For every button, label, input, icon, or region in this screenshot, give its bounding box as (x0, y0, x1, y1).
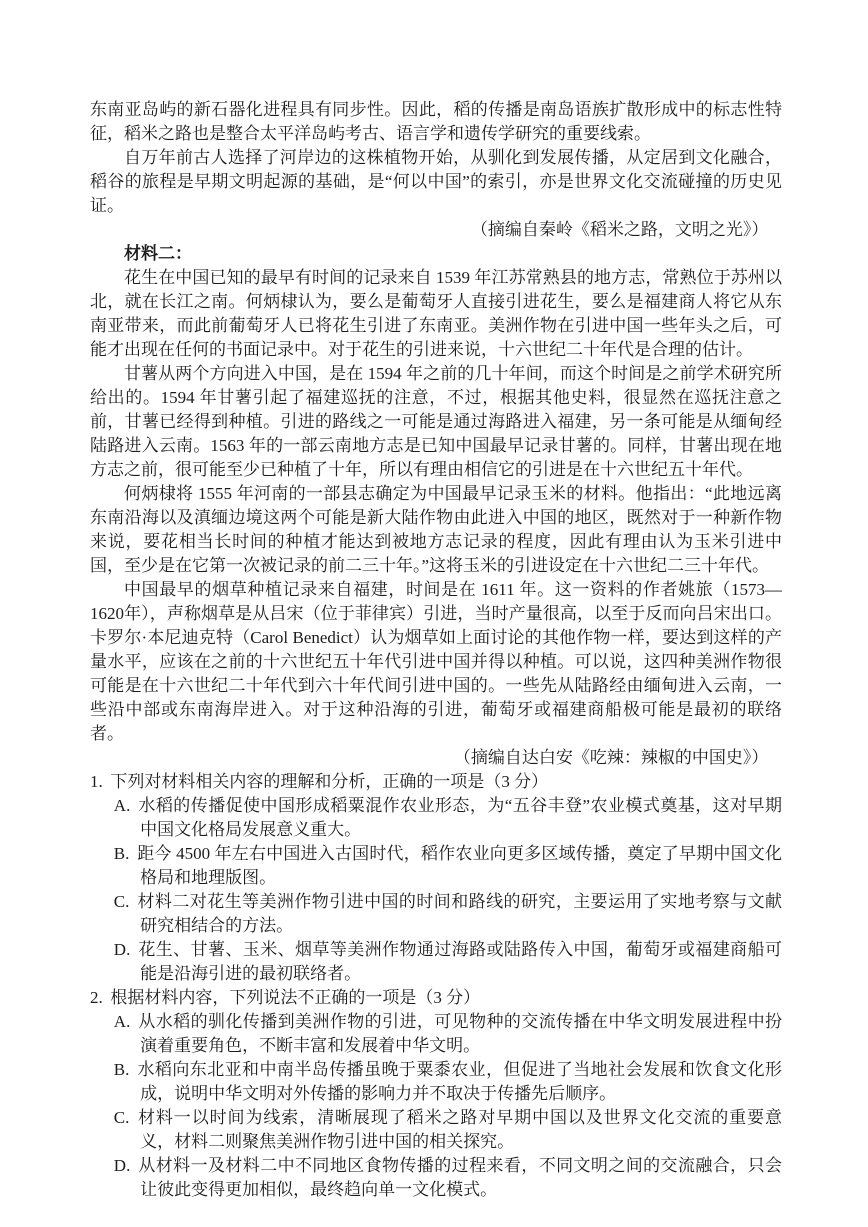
material-two-paragraph: 中国最早的烟草种植记录来自福建，时间是在 1611 年。这一资料的作者姚旅（15… (90, 578, 782, 746)
material-one-paragraph: 自万年前古人选择了河岸边的这株植物开始，从驯化到发展传播，从定居到文化融合，稻谷… (90, 146, 782, 218)
exam-content: 东南亚岛屿的新石器化进程具有同步性。因此，稻的传播是南岛语族扩散形成中的标志性特… (90, 98, 782, 1202)
question-2-stem: 2.根据材料内容，下列说法不正确的一项是（3 分） (90, 986, 782, 1010)
question-1-option-b: B.距今 4500 年左右中国进入古国时代，稻作农业向更多区域传播，奠定了早期中… (90, 842, 782, 890)
question-2-option-b: B.水稻向东北亚和中南半岛传播虽晚于粟黍农业，但促进了当地社会发展和饮食文化形成… (90, 1058, 782, 1106)
question-1-stem-text: 下列对材料相关内容的理解和分析，正确的一项是（3 分） (110, 772, 548, 791)
exam-page: 东南亚岛屿的新石器化进程具有同步性。因此，稻的传播是南岛语族扩散形成中的标志性特… (0, 0, 868, 1227)
option-text-d: 从材料一及材料二中不同地区食物传播的过程来看，不同文明之间的交流融合，只会让彼此… (138, 1156, 782, 1199)
option-text-c: 材料一以时间为线索，清晰展现了稻米之路对早期中国以及世界文化交流的重要意义，材料… (137, 1108, 782, 1151)
option-label-d: D. (114, 1156, 131, 1175)
option-label-a: A. (114, 796, 131, 815)
question-2-number: 2. (90, 988, 103, 1007)
question-2: 2.根据材料内容，下列说法不正确的一项是（3 分） A.从水稻的驯化传播到美洲作… (90, 986, 782, 1202)
material-one-section: 东南亚岛屿的新石器化进程具有同步性。因此，稻的传播是南岛语族扩散形成中的标志性特… (90, 98, 782, 242)
question-2-option-a: A.从水稻的驯化传播到美洲作物的引进，可见物种的交流传播在中华文明发展进程中扮演… (90, 1010, 782, 1058)
option-text-b: 距今 4500 年左右中国进入古国时代，稻作农业向更多区域传播，奠定了早期中国文… (137, 844, 782, 887)
material-two-paragraph: 甘薯从两个方向进入中国，是在 1594 年之前的几十年间，而这个时间是之前学术研… (90, 362, 782, 482)
question-2-option-c: C.材料一以时间为线索，清晰展现了稻米之路对早期中国以及世界文化交流的重要意义，… (90, 1106, 782, 1154)
material-two-heading: 材料二： (90, 242, 782, 266)
material-two-section: 材料二： 花生在中国已知的最早有时间的记录来自 1539 年江苏常熟县的地方志，… (90, 242, 782, 770)
option-label-a: A. (114, 1012, 131, 1031)
material-one-citation: （摘编自秦岭《稻米之路，文明之光》） (90, 218, 782, 242)
question-2-option-d: D.从材料一及材料二中不同地区食物传播的过程来看，不同文明之间的交流融合，只会让… (90, 1154, 782, 1202)
material-two-paragraph: 何炳棣将 1555 年河南的一部县志确定为中国最早记录玉米的材料。他指出：“此地… (90, 482, 782, 578)
question-1-option-d: D.花生、甘薯、玉米、烟草等美洲作物通过海路或陆路传入中国，葡萄牙或福建商船可能… (90, 938, 782, 986)
question-1: 1.下列对材料相关内容的理解和分析，正确的一项是（3 分） A.水稻的传播促使中… (90, 770, 782, 986)
option-label-d: D. (114, 940, 131, 959)
question-1-option-a: A.水稻的传播促使中国形成稻粟混作农业形态，为“五谷丰登”农业模式奠基，这对早期… (90, 794, 782, 842)
option-label-b: B. (114, 1060, 130, 1079)
option-text-b: 水稻向东北亚和中南半岛传播虽晚于粟黍农业，但促进了当地社会发展和饮食文化形成，说… (137, 1060, 782, 1103)
material-two-citation: （摘编自达白安《吃辣：辣椒的中国史》） (90, 746, 782, 770)
option-text-a: 水稻的传播促使中国形成稻粟混作农业形态，为“五谷丰登”农业模式奠基，这对早期中国… (138, 796, 782, 839)
option-label-c: C. (114, 1108, 130, 1127)
option-text-a: 从水稻的驯化传播到美洲作物的引进，可见物种的交流传播在中华文明发展进程中扮演着重… (138, 1012, 782, 1055)
option-text-d: 花生、甘薯、玉米、烟草等美洲作物通过海路或陆路传入中国，葡萄牙或福建商船可能是沿… (138, 940, 782, 983)
question-2-stem-text: 根据材料内容，下列说法不正确的一项是（3 分） (110, 988, 480, 1007)
question-1-option-c: C.材料二对花生等美洲作物引进中国的时间和路线的研究，主要运用了实地考察与文献研… (90, 890, 782, 938)
option-label-c: C. (114, 892, 130, 911)
option-text-c: 材料二对花生等美洲作物引进中国的时间和路线的研究，主要运用了实地考察与文献研究相… (137, 892, 782, 935)
option-label-b: B. (114, 844, 130, 863)
question-1-stem: 1.下列对材料相关内容的理解和分析，正确的一项是（3 分） (90, 770, 782, 794)
material-one-paragraph: 东南亚岛屿的新石器化进程具有同步性。因此，稻的传播是南岛语族扩散形成中的标志性特… (90, 98, 782, 146)
material-two-paragraph: 花生在中国已知的最早有时间的记录来自 1539 年江苏常熟县的地方志，常熟位于苏… (90, 266, 782, 362)
question-1-number: 1. (90, 772, 103, 791)
